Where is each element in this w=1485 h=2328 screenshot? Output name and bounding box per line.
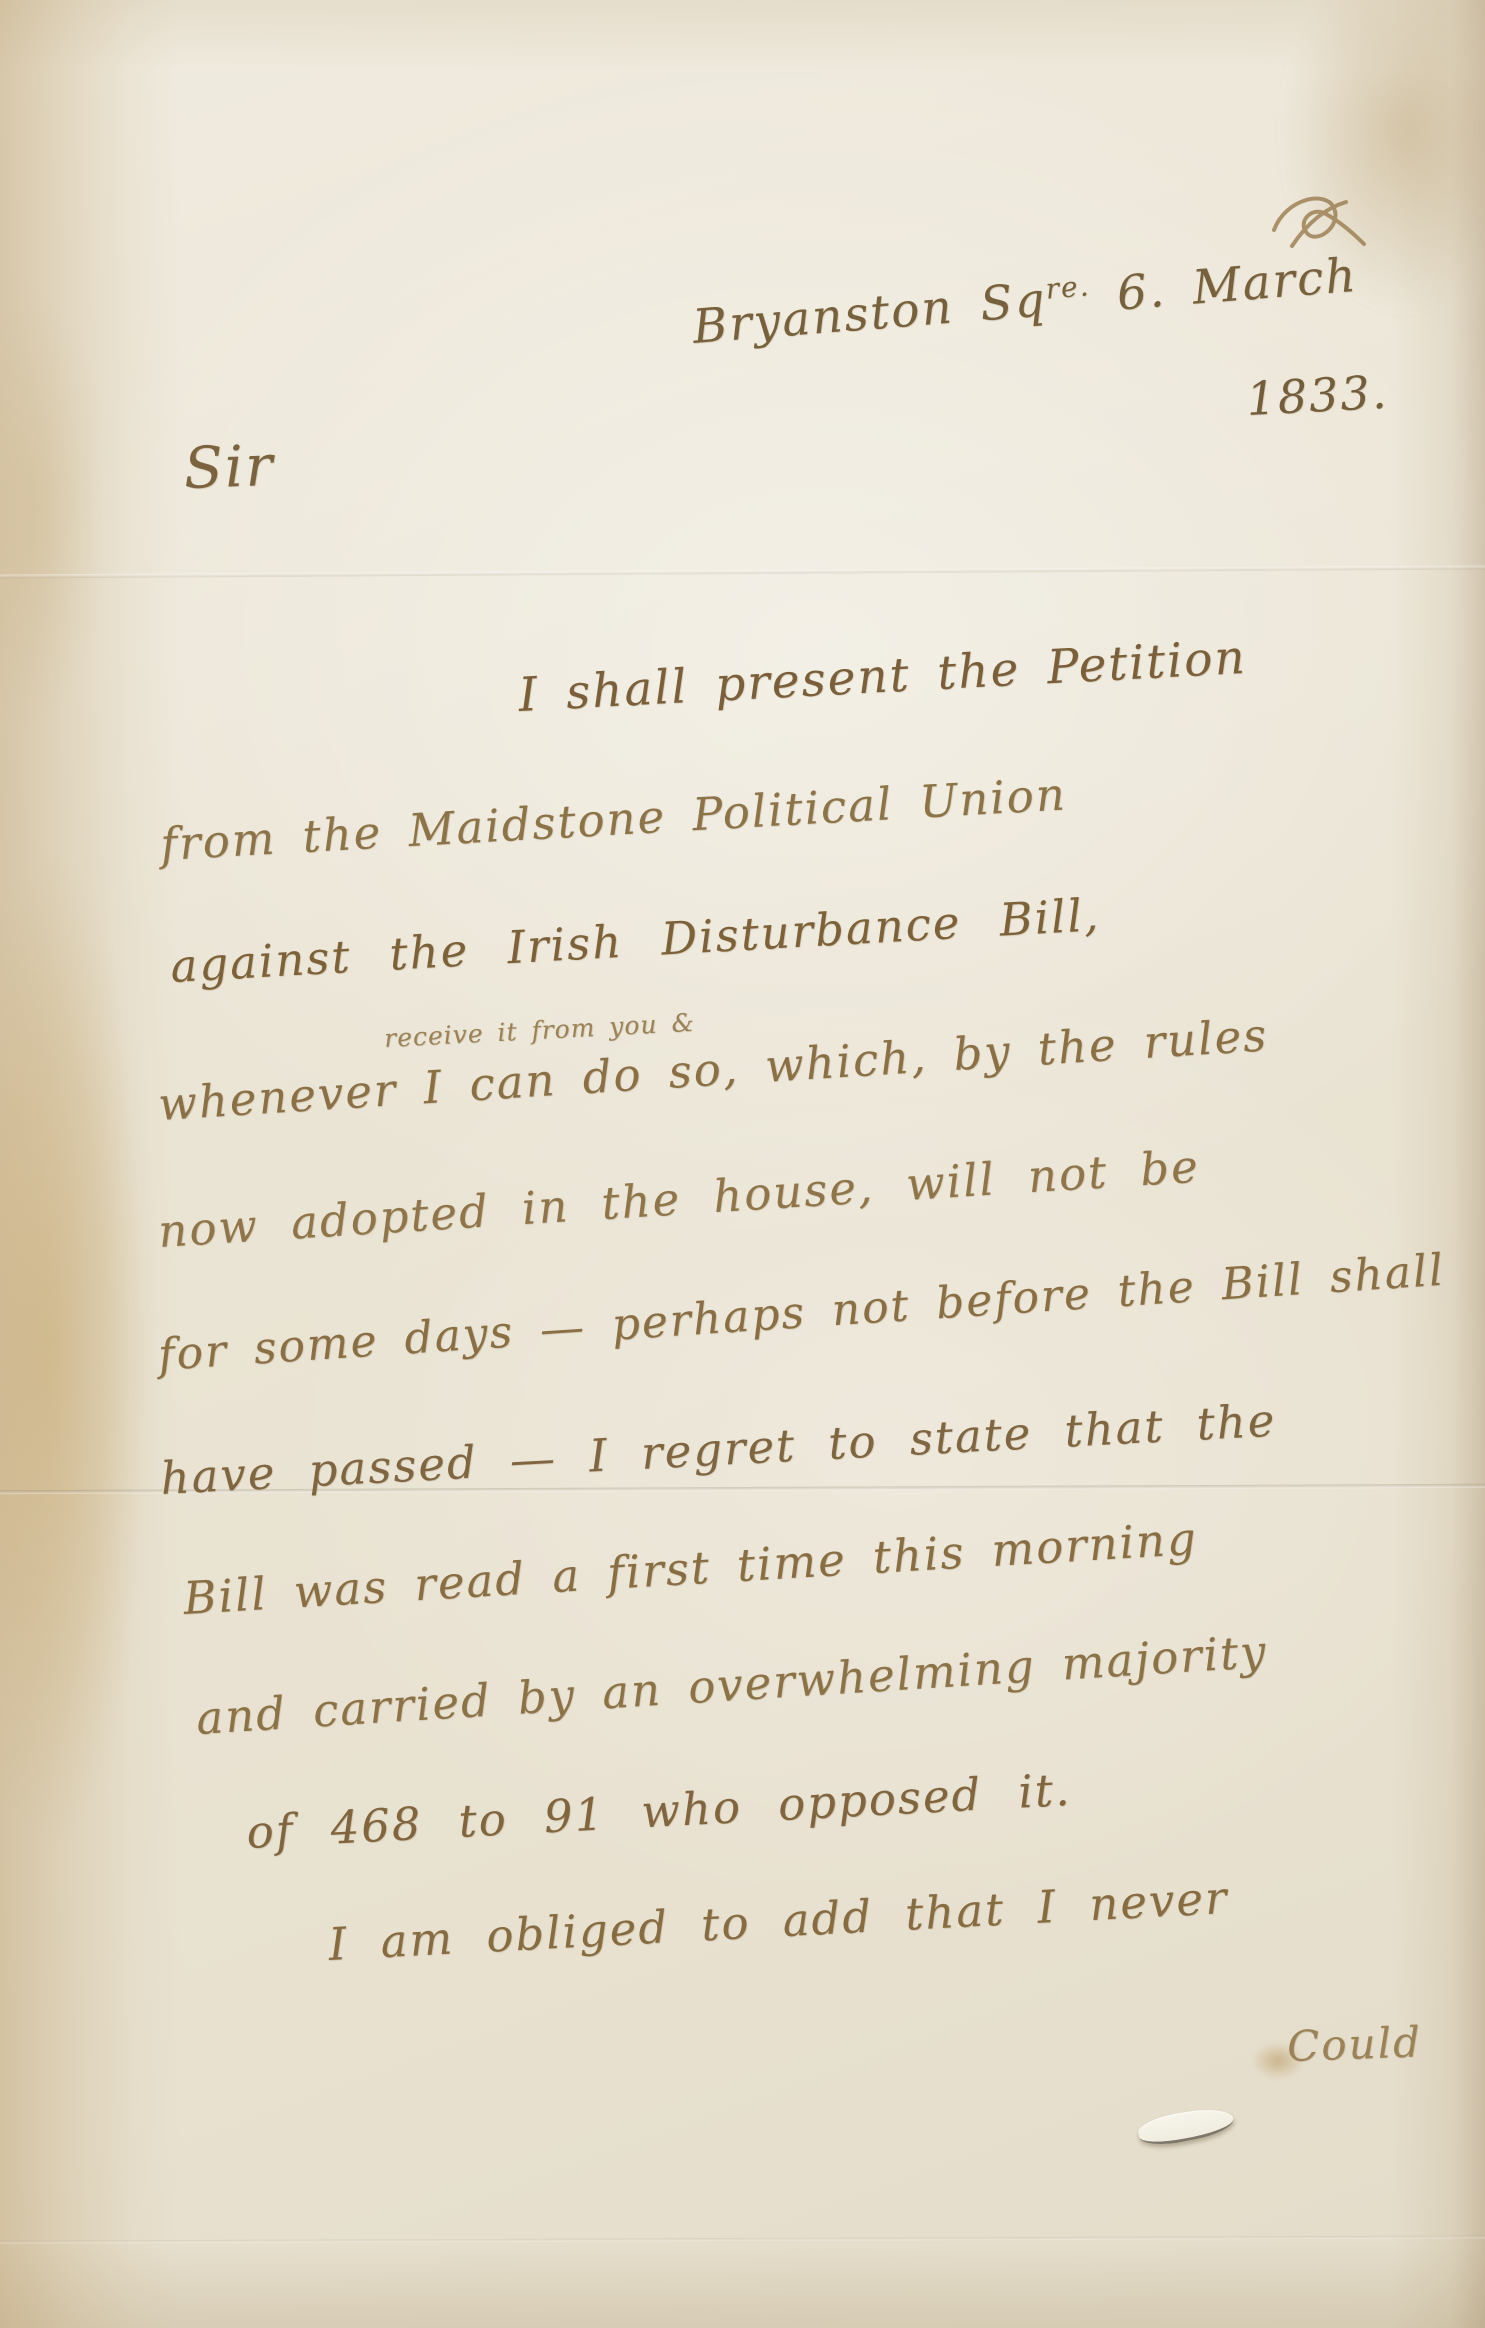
catchword: Could bbox=[1286, 2017, 1422, 2071]
dateline-place-suffix: re. bbox=[1044, 269, 1091, 305]
dateline-year: 1833. bbox=[1245, 365, 1389, 426]
letter-page: Bryanston Sqre.6. March 1833. Sir I shal… bbox=[0, 0, 1485, 2328]
paper-stain bbox=[0, 300, 100, 720]
paper-stain bbox=[0, 860, 150, 1840]
salutation: Sir bbox=[183, 433, 276, 502]
